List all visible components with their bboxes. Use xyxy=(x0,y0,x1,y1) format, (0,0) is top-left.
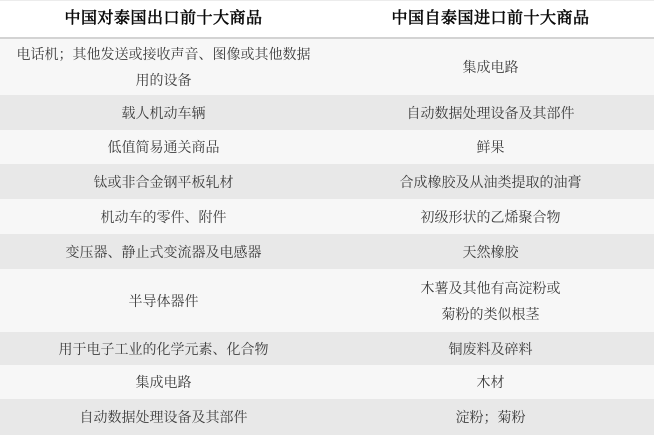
export-item: 电话机；其他发送或接收声音、图像或其他数据 用的设备 xyxy=(0,39,327,95)
table-row: 自动数据处理设备及其部件 淀粉；菊粉 xyxy=(0,399,654,434)
table-header-row: 中国对泰国出口前十大商品 中国自泰国进口前十大商品 xyxy=(0,1,654,39)
export-item: 低值简易通关商品 xyxy=(0,130,327,164)
table-row: 集成电路 木材 xyxy=(0,365,654,399)
table-row: 载人机动车辆 自动数据处理设备及其部件 xyxy=(0,95,654,130)
table-row: 低值简易通关商品 鲜果 xyxy=(0,130,654,164)
table-row: 机动车的零件、附件 初级形状的乙烯聚合物 xyxy=(0,199,654,234)
import-item: 淀粉；菊粉 xyxy=(327,399,654,434)
export-item: 机动车的零件、附件 xyxy=(0,199,327,234)
table-row: 变压器、静止式变流器及电感器 天然橡胶 xyxy=(0,234,654,269)
table-row: 钛或非合金钢平板轧材 合成橡胶及从油类提取的油膏 xyxy=(0,164,654,199)
import-item: 木薯及其他有高淀粉或 菊粉的类似根茎 xyxy=(327,269,654,332)
export-item: 集成电路 xyxy=(0,365,327,399)
import-item: 合成橡胶及从油类提取的油膏 xyxy=(327,164,654,199)
table-row: 电话机；其他发送或接收声音、图像或其他数据 用的设备 集成电路 xyxy=(0,39,654,95)
import-column-header: 中国自泰国进口前十大商品 xyxy=(327,1,654,37)
import-item: 天然橡胶 xyxy=(327,234,654,269)
export-item: 用于电子工业的化学元素、化合物 xyxy=(0,332,327,365)
trade-comparison-table: 中国对泰国出口前十大商品 中国自泰国进口前十大商品 电话机；其他发送或接收声音、… xyxy=(0,0,654,435)
import-item: 自动数据处理设备及其部件 xyxy=(327,95,654,130)
export-item: 自动数据处理设备及其部件 xyxy=(0,399,327,434)
table-row: 半导体器件 木薯及其他有高淀粉或 菊粉的类似根茎 xyxy=(0,269,654,332)
export-column-header: 中国对泰国出口前十大商品 xyxy=(0,1,327,37)
import-item: 木材 xyxy=(327,365,654,399)
import-item: 初级形状的乙烯聚合物 xyxy=(327,199,654,234)
import-item: 集成电路 xyxy=(327,39,654,95)
export-item: 半导体器件 xyxy=(0,269,327,332)
export-item: 载人机动车辆 xyxy=(0,95,327,130)
export-item: 钛或非合金钢平板轧材 xyxy=(0,164,327,199)
import-item: 鲜果 xyxy=(327,130,654,164)
import-item: 铜废料及碎料 xyxy=(327,332,654,365)
table-row: 用于电子工业的化学元素、化合物 铜废料及碎料 xyxy=(0,332,654,365)
export-item: 变压器、静止式变流器及电感器 xyxy=(0,234,327,269)
